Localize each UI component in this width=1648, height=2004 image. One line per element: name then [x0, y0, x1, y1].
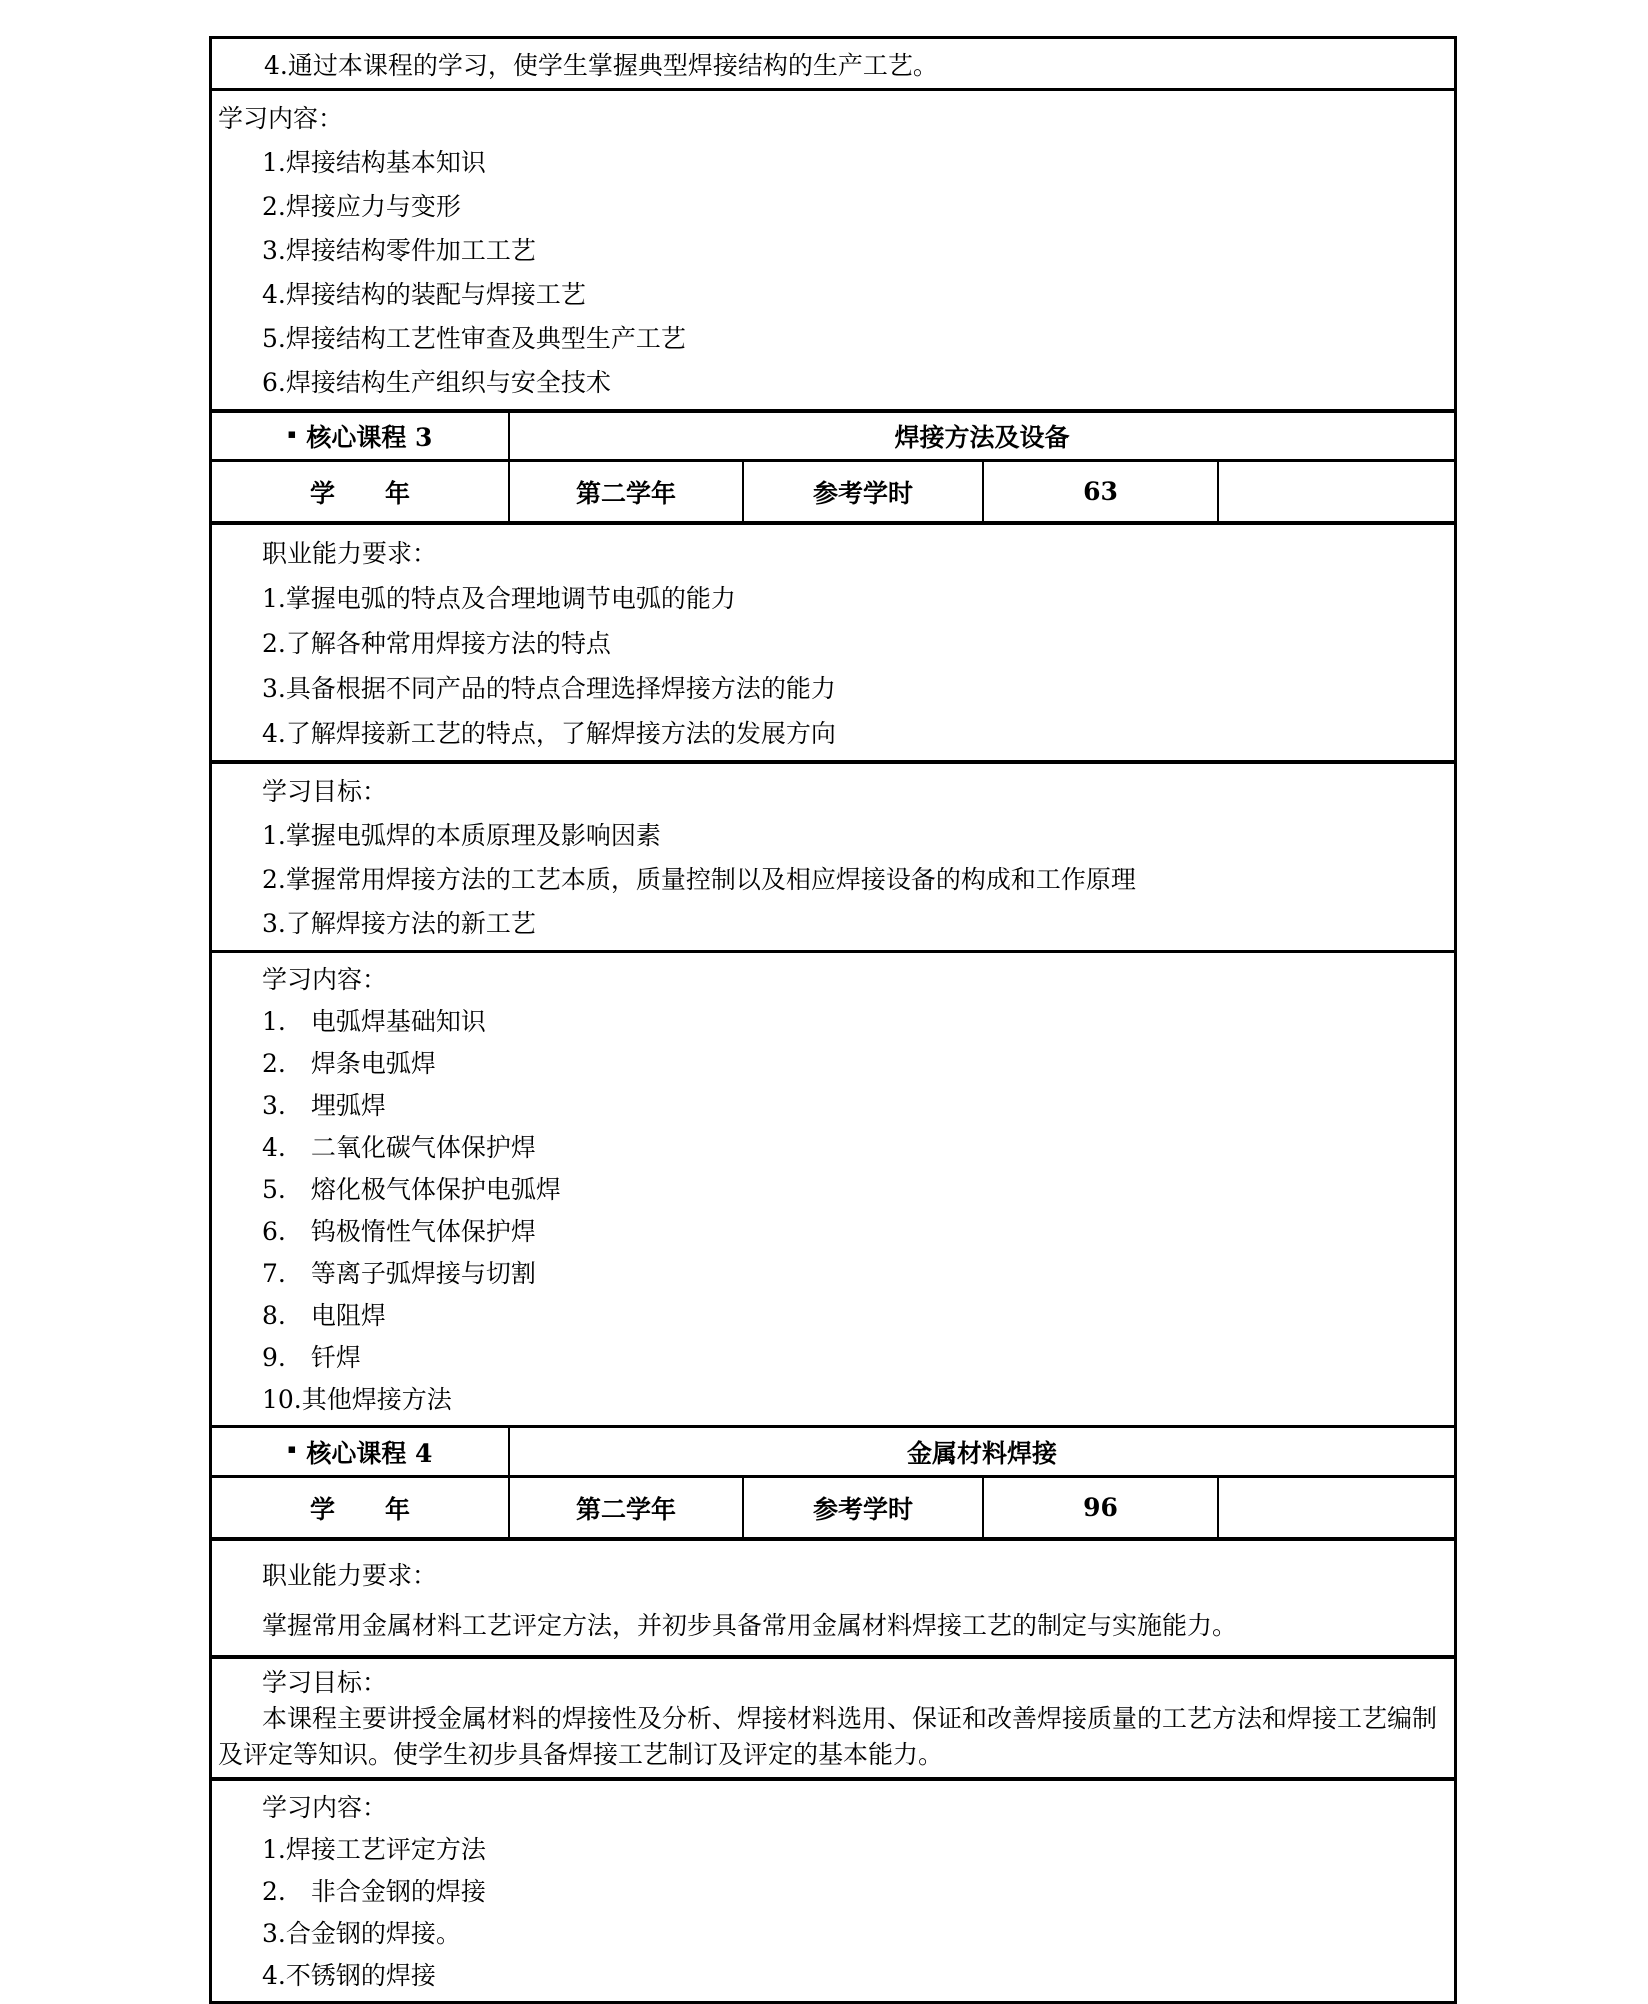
empty-cell [1219, 462, 1454, 521]
list-item: 2.焊接应力与变形 [212, 185, 1454, 229]
list-item: 4.焊接结构的装配与焊接工艺 [212, 273, 1454, 317]
hours-label-cell: 参考学时 [744, 1478, 984, 1537]
course3-capabilities-section: 职业能力要求： 1.掌握电弧的特点及合理地调节电弧的能力 2.了解各种常用焊接方… [212, 521, 1454, 760]
list-item: 2. 焊条电弧焊 [212, 1043, 1454, 1085]
course4-year-row: 学 年 第二学年 参考学时 96 [212, 1475, 1454, 1537]
list-item: 1. 电弧焊基础知识 [212, 1001, 1454, 1043]
list-item: 4. 二氧化碳气体保护焊 [212, 1127, 1454, 1169]
hours-value-cell: 63 [984, 462, 1219, 521]
course3-year-row: 学 年 第二学年 参考学时 63 [212, 459, 1454, 521]
course4-label: 核心课程 4 [306, 1434, 432, 1470]
list-item: 4.不锈钢的焊接 [212, 1955, 1454, 1997]
curriculum-table: 4.通过本课程的学习，使学生掌握典型焊接结构的生产工艺。 学习内容： 1.焊接结… [209, 36, 1457, 2004]
course4-header-row: ▪ 核心课程 4 金属材料焊接 [212, 1425, 1454, 1475]
square-bullet-icon: ▪ [288, 1442, 297, 1457]
list-item: 3.了解焊接方法的新工艺 [212, 902, 1454, 946]
course4-capabilities-section: 职业能力要求： 掌握常用金属材料工艺评定方法，并初步具备常用金属材料焊接工艺的制… [212, 1537, 1454, 1655]
section-title: 职业能力要求： [212, 1551, 1454, 1601]
course4-objectives-section: 学习目标： 本课程主要讲授金属材料的焊接性及分析、焊接材料选用、保证和改善焊接质… [212, 1655, 1454, 1777]
section-title: 学习内容： [212, 97, 1454, 141]
list-item: 3. 埋弧焊 [212, 1085, 1454, 1127]
course3-header-row: ▪ 核心课程 3 焊接方法及设备 [212, 409, 1454, 459]
hours-label-cell: 参考学时 [744, 462, 984, 521]
section-title: 学习目标： [212, 770, 1454, 814]
year-label-cell: 学 年 [212, 1478, 510, 1537]
section-title: 学习目标： [212, 1665, 1454, 1701]
hours-value-cell: 96 [984, 1478, 1219, 1537]
list-item: 7. 等离子弧焊接与切割 [212, 1253, 1454, 1295]
year-label-cell: 学 年 [212, 462, 510, 521]
course3-label-cell: ▪ 核心课程 3 [212, 413, 510, 459]
section-title: 学习内容： [212, 1787, 1454, 1829]
list-item: 3.合金钢的焊接。 [212, 1913, 1454, 1955]
section-title: 学习内容： [212, 959, 1454, 1001]
list-item: 1.掌握电弧的特点及合理地调节电弧的能力 [212, 576, 1454, 621]
square-bullet-icon: ▪ [288, 427, 297, 442]
year-value-cell: 第二学年 [510, 462, 744, 521]
list-item: 6.焊接结构生产组织与安全技术 [212, 361, 1454, 405]
course4-label-cell: ▪ 核心课程 4 [212, 1428, 510, 1475]
course4-title-cell: 金属材料焊接 [510, 1428, 1454, 1475]
list-item: 5. 熔化极气体保护电弧焊 [212, 1169, 1454, 1211]
section-title: 职业能力要求： [212, 531, 1454, 576]
list-item: 1.焊接工艺评定方法 [212, 1829, 1454, 1871]
paragraph-line: 本课程主要讲授金属材料的焊接性及分析、焊接材料选用、保证和改善焊接质量的工艺方法… [212, 1701, 1454, 1737]
course3-content-section: 学习内容： 1. 电弧焊基础知识 2. 焊条电弧焊 3. 埋弧焊 4. 二氧化碳… [212, 950, 1454, 1425]
paragraph-line: 及评定等知识。使学生初步具备焊接工艺制订及评定的基本能力。 [212, 1737, 1454, 1773]
list-item: 1.掌握电弧焊的本质原理及影响因素 [212, 814, 1454, 858]
list-item: 5.焊接结构工艺性审查及典型生产工艺 [212, 317, 1454, 361]
year-value-cell: 第二学年 [510, 1478, 744, 1537]
list-item: 2.掌握常用焊接方法的工艺本质，质量控制以及相应焊接设备的构成和工作原理 [212, 858, 1454, 902]
list-item: 4.了解焊接新工艺的特点，了解焊接方法的发展方向 [212, 711, 1454, 756]
list-item: 9. 钎焊 [212, 1337, 1454, 1379]
list-item: 6. 钨极惰性气体保护焊 [212, 1211, 1454, 1253]
list-item: 8. 电阻焊 [212, 1295, 1454, 1337]
list-item: 3.焊接结构零件加工工艺 [212, 229, 1454, 273]
course3-title-cell: 焊接方法及设备 [510, 413, 1454, 459]
list-item: 2. 非合金钢的焊接 [212, 1871, 1454, 1913]
course3-label: 核心课程 3 [306, 418, 432, 454]
prior-course-goal-text: 4.通过本课程的学习，使学生掌握典型焊接结构的生产工艺。 [212, 46, 938, 82]
capability-text: 掌握常用金属材料工艺评定方法，并初步具备常用金属材料焊接工艺的制定与实施能力。 [212, 1601, 1454, 1651]
prior-course-goal-row: 4.通过本课程的学习，使学生掌握典型焊接结构的生产工艺。 [212, 39, 1454, 88]
list-item: 1.焊接结构基本知识 [212, 141, 1454, 185]
course3-objectives-section: 学习目标： 1.掌握电弧焊的本质原理及影响因素 2.掌握常用焊接方法的工艺本质，… [212, 760, 1454, 950]
list-item: 2.了解各种常用焊接方法的特点 [212, 621, 1454, 666]
prior-course-content-section: 学习内容： 1.焊接结构基本知识 2.焊接应力与变形 3.焊接结构零件加工工艺 … [212, 88, 1454, 409]
list-item: 10.其他焊接方法 [212, 1379, 1454, 1421]
list-item: 3.具备根据不同产品的特点合理选择焊接方法的能力 [212, 666, 1454, 711]
course4-content-section: 学习内容： 1.焊接工艺评定方法 2. 非合金钢的焊接 3.合金钢的焊接。 4.… [212, 1777, 1454, 2001]
empty-cell [1219, 1478, 1454, 1537]
